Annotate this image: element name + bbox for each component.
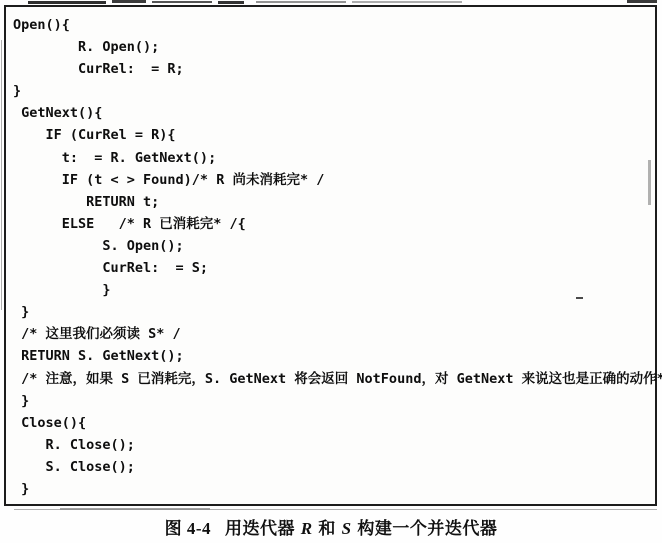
code-line: } xyxy=(13,301,651,323)
scan-artifact xyxy=(152,1,212,3)
code-line: Open(){ xyxy=(13,14,651,36)
scan-artifact xyxy=(352,1,462,3)
code-line: CurRel: = R; xyxy=(13,58,651,80)
code-line: /* 注意，如果 S 已消耗完，S. GetNext 将会返回 NotFound… xyxy=(13,368,651,390)
code-line: } xyxy=(13,478,651,500)
scan-artifact xyxy=(60,508,210,510)
code-line: ELSE /* R 已消耗完* /{ xyxy=(13,213,651,235)
code-line: /* 这里我们必须读 S* / xyxy=(13,323,651,345)
code-line: CurRel: = S; xyxy=(13,257,651,279)
scan-artifact xyxy=(14,509,657,510)
scan-artifact xyxy=(256,1,346,3)
code-line: IF (t < > Found)/* R 尚未消耗完* / xyxy=(13,169,651,191)
code-line: IF (CurRel = R){ xyxy=(13,124,651,146)
code-line: RETURN S. GetNext(); xyxy=(13,345,651,367)
figure-label: 图 4-4 xyxy=(165,519,211,538)
code-line: } xyxy=(13,390,651,412)
book-page: Open(){ R. Open(); CurRel: = R; } GetNex… xyxy=(0,0,662,543)
code-line: S. Open(); xyxy=(13,235,651,257)
code-line: RETURN t; xyxy=(13,191,651,213)
code-line: S. Close(); xyxy=(13,456,651,478)
caption-text-before: 用迭代器 xyxy=(225,519,300,538)
caption-var-s: S xyxy=(341,519,353,538)
scan-artifact xyxy=(627,0,657,3)
code-line: R. Open(); xyxy=(13,36,651,58)
scan-artifact xyxy=(112,0,146,3)
scan-artifact xyxy=(28,1,106,4)
caption-var-r: R xyxy=(300,519,314,538)
scan-artifact xyxy=(218,1,244,4)
code-line: Close(){ xyxy=(13,412,651,434)
code-line: GetNext(){ xyxy=(13,102,651,124)
figure-caption: 图 4-4用迭代器 R 和 S 构建一个并迭代器 xyxy=(0,514,662,539)
code-line: R. Close(); xyxy=(13,434,651,456)
code-line: } xyxy=(13,279,651,301)
code-line: } xyxy=(13,80,651,102)
code-line: t: = R. GetNext(); xyxy=(13,147,651,169)
caption-text-after: 构建一个并迭代器 xyxy=(353,519,498,538)
caption-text-between: 和 xyxy=(314,519,341,538)
scan-artifact xyxy=(1,40,2,310)
code-listing-box: Open(){ R. Open(); CurRel: = R; } GetNex… xyxy=(4,5,657,506)
